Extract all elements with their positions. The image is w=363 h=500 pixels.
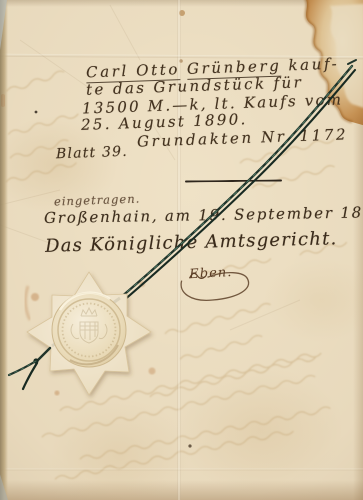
entry-line-6: Blatt 39. <box>56 144 128 162</box>
handwriting-block: Carl OttoGrünbergkauf- te das Grundstück… <box>0 0 363 500</box>
separator-line <box>185 179 282 182</box>
signature: Eben. <box>167 261 259 312</box>
signature-text: Eben. <box>189 265 233 282</box>
entry-note: eingetragen. <box>54 191 141 208</box>
document-page: Carl OttoGrünbergkauf- te das Grundstück… <box>0 0 363 500</box>
entry-line-1-tail: kauf- <box>288 55 339 75</box>
court-name: Das Königliche Amtsgericht. <box>45 228 338 257</box>
page-left-edge <box>0 0 8 500</box>
